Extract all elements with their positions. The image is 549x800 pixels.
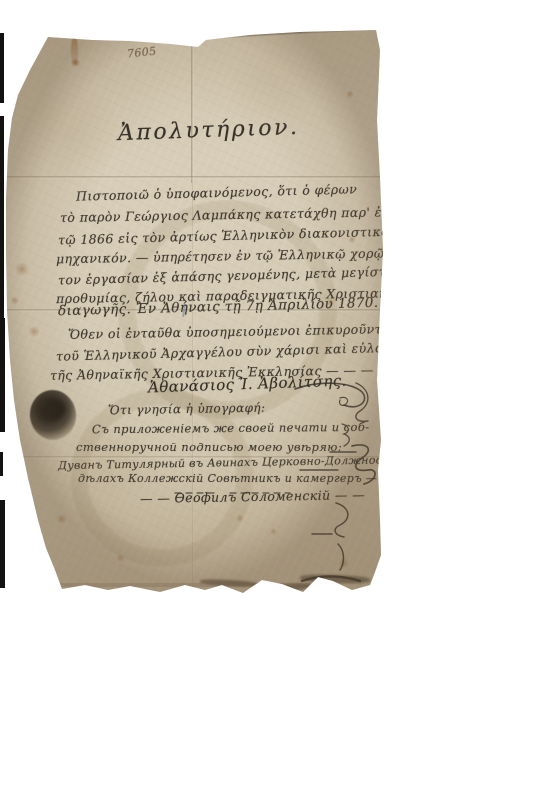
scanner-edge-strip	[0, 500, 5, 588]
verification-line: дѣлахъ Коллежскій Совѣтникъ и камергеръ …	[78, 472, 393, 485]
verification-line: Дуванъ Титулярный въ Аѳинахъ Церковно-До…	[58, 453, 424, 472]
body-line: τοῦ Ἑλληνικοῦ Ἀρχαγγέλου σὺν χάρισι καὶ …	[56, 339, 413, 363]
body-line: τὸ παρὸν Γεώργιος Λαμπάκης κατετάχθη παρ…	[60, 204, 406, 225]
horizontal-fold-crease	[6, 176, 382, 179]
foxing-spot	[270, 528, 277, 535]
foxing-spot	[338, 558, 350, 568]
verification-line: ственноручной подписью моею увѣряю:	[76, 440, 342, 454]
document-title: Ἀπολυτήριον.	[118, 115, 300, 146]
foxing-spot	[10, 296, 19, 305]
vertical-fold-crease	[191, 33, 194, 183]
scanner-edge-strip	[0, 33, 4, 103]
scanner-edge-strip	[0, 452, 3, 476]
archive-number: 7605	[126, 44, 157, 60]
torn-edge-shadow	[202, 27, 378, 40]
torn-edge-shadow	[60, 583, 320, 587]
foxing-spot	[56, 514, 67, 524]
scanned-document-page: 7605 Ἀπολυτήριον. Πιστοποιῶ ὁ ὑποφαινόμε…	[0, 0, 549, 800]
body-line: τον ἐργασίαν ἐξ ἁπάσης γενομένης, μετὰ μ…	[58, 264, 402, 288]
scanner-edge-strip	[0, 318, 5, 432]
verification-line: Съ приложеніемъ же своей печати и соб-	[92, 420, 370, 436]
body-line: Ὅθεν οἱ ἐνταῦθα ὑποσημειούμενοι ἐπικυροῦ…	[68, 321, 397, 342]
foxing-spot	[14, 262, 30, 276]
foxing-spot	[346, 90, 354, 98]
scanner-edge-strip	[0, 116, 4, 318]
foxing-spot	[28, 326, 40, 337]
torn-edge-shadow	[44, 32, 202, 41]
foxing-spot	[236, 514, 244, 522]
verification-heading: Ὅτι γνησία ἡ ὑπογραφή:	[108, 401, 266, 418]
foxing-spot	[116, 554, 125, 562]
body-line: Πιστοποιῶ ὁ ὑποφαινόμενος, ὅτι ὁ φέρων	[76, 181, 357, 203]
document-paper: 7605 Ἀπολυτήριον. Πιστοποιῶ ὁ ὑποφαινόμε…	[0, 0, 390, 600]
rust-stain	[71, 58, 80, 67]
consular-signature: — — Ѳеофилъ Соломенскій — —	[140, 487, 365, 506]
body-line: τῷ 1866 εἰς τὸν ἀρτίως Ἑλληνικὸν διακονι…	[58, 224, 397, 248]
